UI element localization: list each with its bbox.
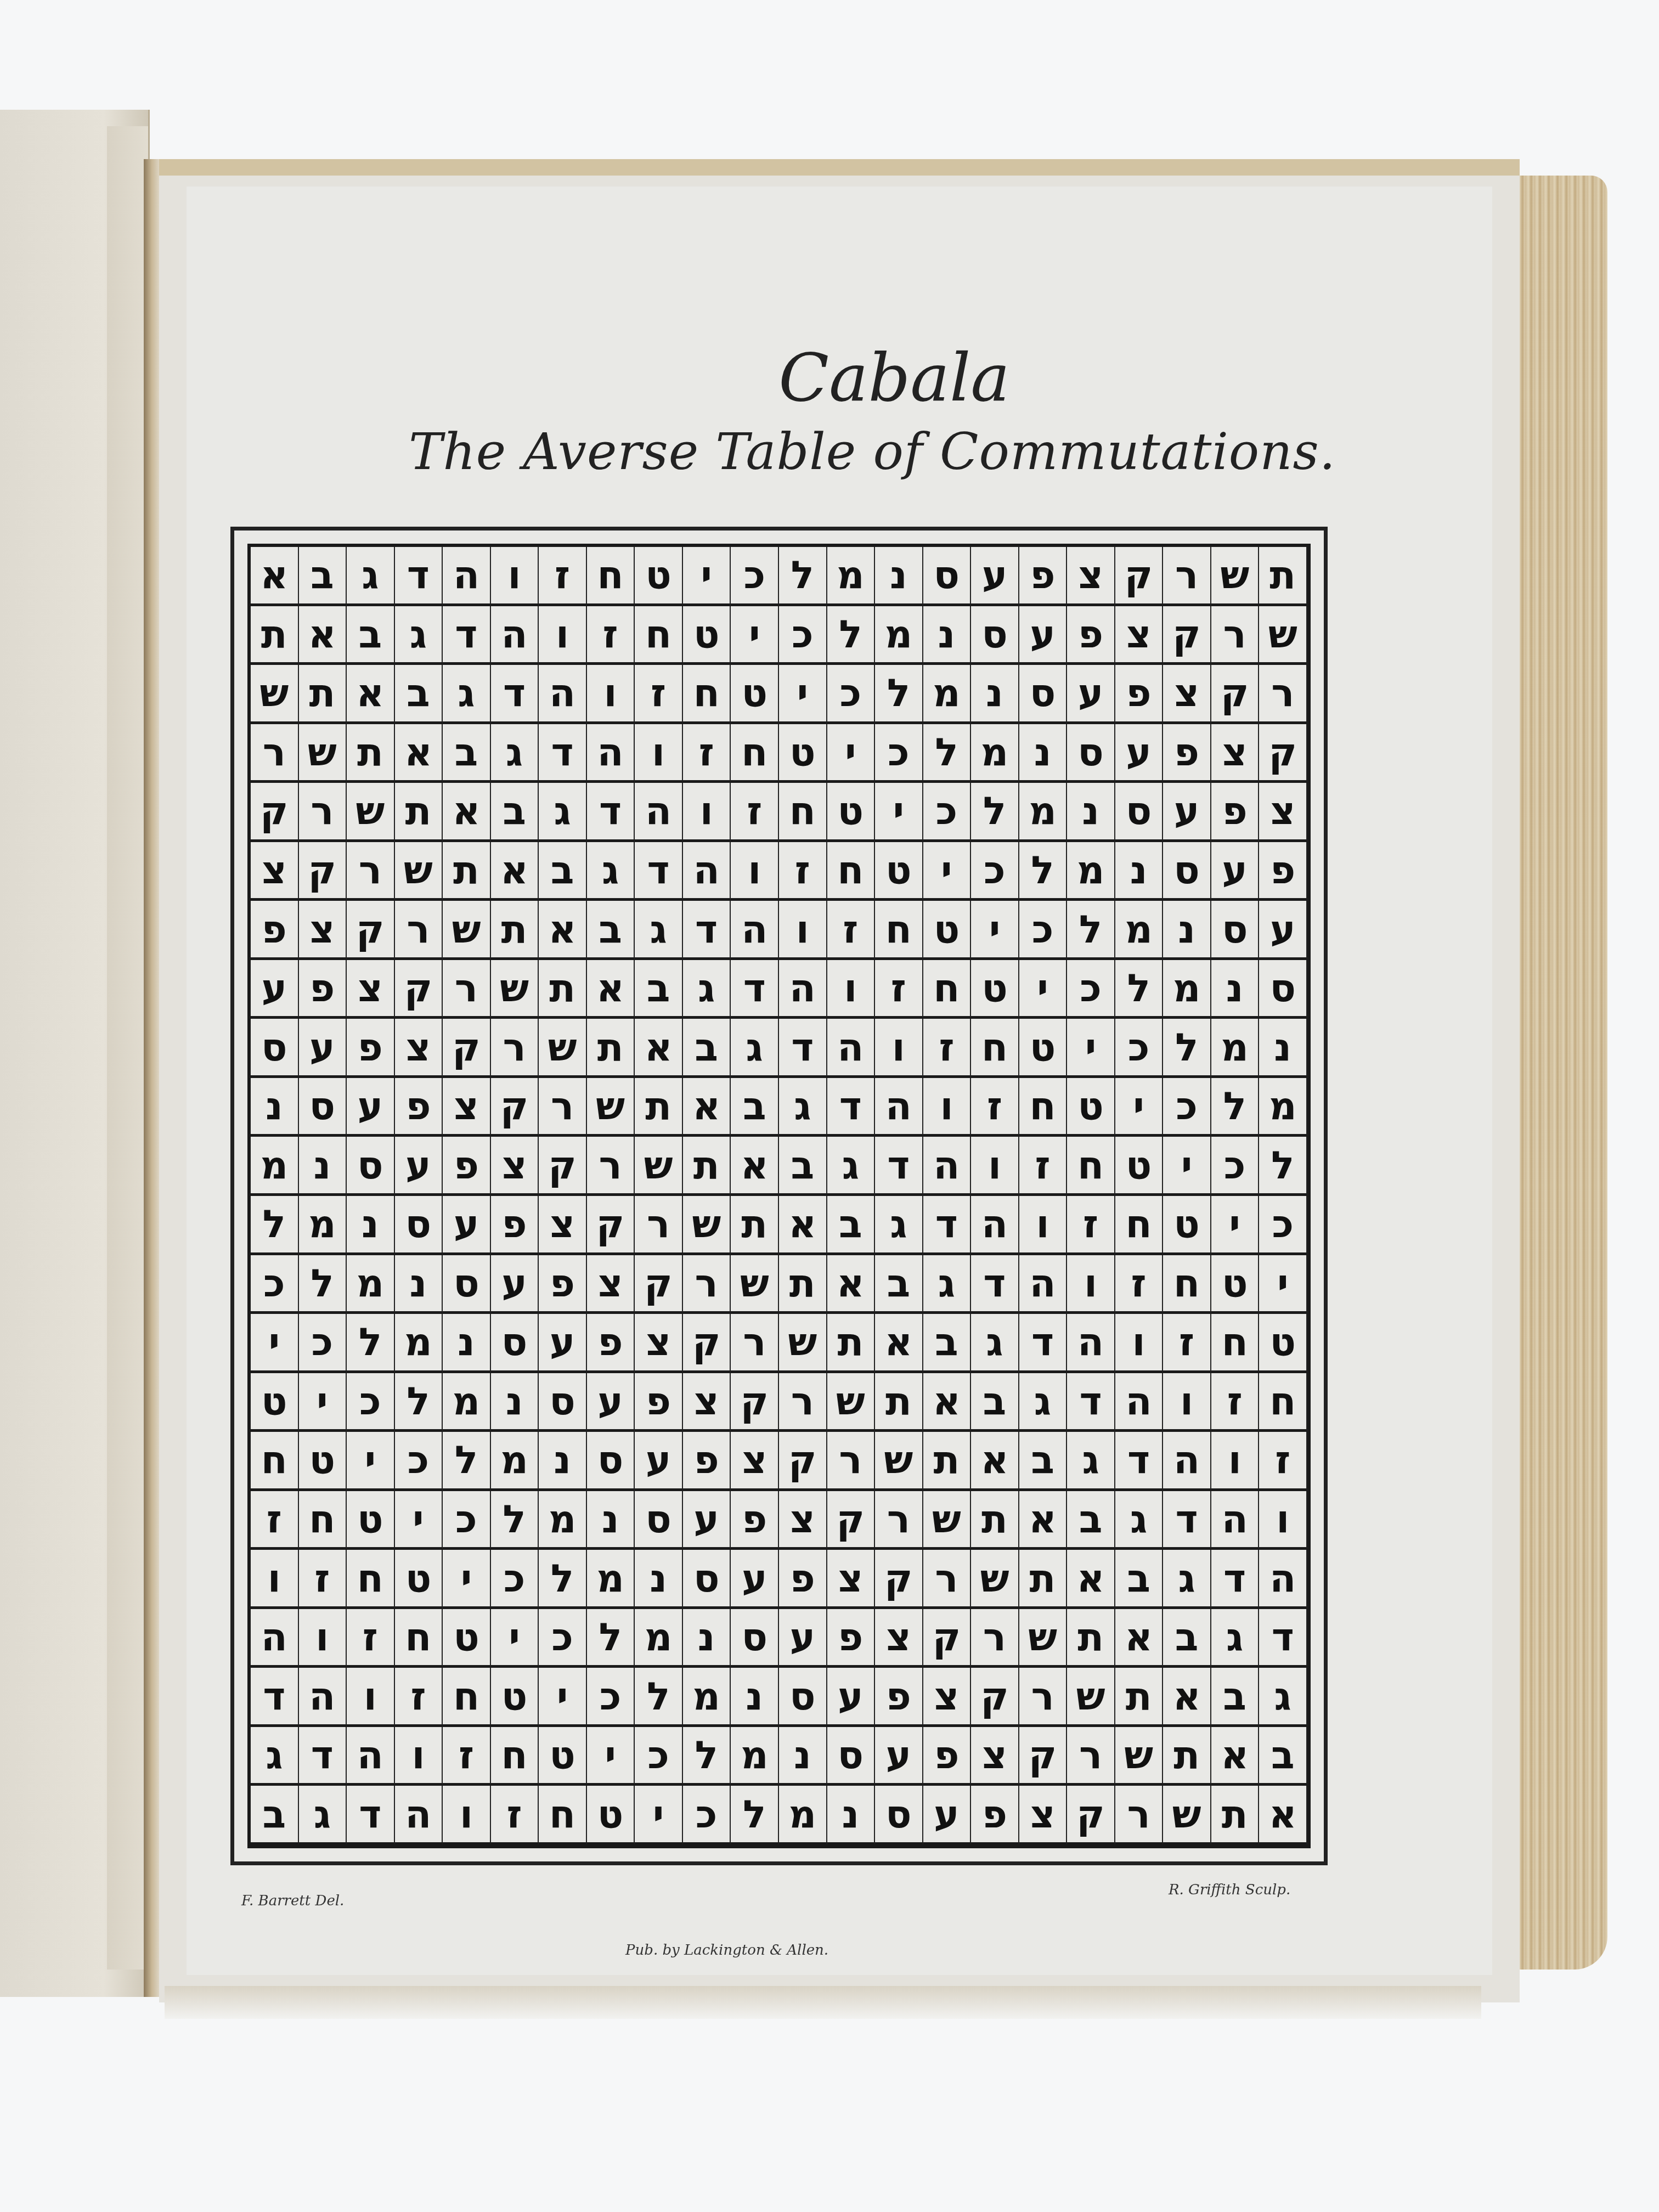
table-cell: ר	[923, 1550, 972, 1609]
table-cell: ט	[971, 960, 1019, 1019]
table-cell: ש	[1211, 547, 1260, 606]
table-cell: כ	[1067, 960, 1115, 1019]
table-cell: ס	[395, 1196, 443, 1255]
table-cell: ז	[1115, 1255, 1164, 1314]
table-cell: ש	[1259, 606, 1307, 665]
table-cell: ג	[443, 665, 491, 724]
table-cell: צ	[395, 1019, 443, 1078]
table-cell: א	[299, 606, 347, 665]
table-cell: ג	[1259, 1668, 1307, 1727]
table-cell: מ	[395, 1314, 443, 1373]
table-cell: ז	[971, 1078, 1019, 1137]
table-cell: י	[443, 1550, 491, 1609]
table-cell: ו	[1163, 1373, 1211, 1432]
table-cell: ז	[587, 606, 635, 665]
table-cell: נ	[491, 1373, 539, 1432]
table-cell: ג	[1067, 1432, 1115, 1491]
table-cell: פ	[395, 1078, 443, 1137]
table-cell: ק	[539, 1137, 587, 1196]
table-cell: נ	[635, 1550, 683, 1609]
table-cell: א	[1019, 1491, 1068, 1550]
table-cell: צ	[251, 842, 299, 901]
table-cell: ד	[971, 1255, 1019, 1314]
table-cell: א	[539, 901, 587, 960]
table-cell: ל	[923, 724, 972, 783]
table-cell: ע	[395, 1137, 443, 1196]
table-cell: ק	[395, 960, 443, 1019]
table-cell: פ	[587, 1314, 635, 1373]
table-cell: פ	[875, 1668, 923, 1727]
table-cell: נ	[299, 1137, 347, 1196]
table-cell: ו	[491, 547, 539, 606]
table-cell: י	[875, 783, 923, 842]
table-cell: א	[443, 783, 491, 842]
table-cell: פ	[1259, 842, 1307, 901]
table-cell: ח	[731, 724, 779, 783]
table-cell: ע	[491, 1255, 539, 1314]
table-cell: ו	[731, 842, 779, 901]
table-cell: ח	[1067, 1137, 1115, 1196]
table-cell: ל	[779, 547, 827, 606]
table-cell: כ	[491, 1550, 539, 1609]
table-cell: ל	[443, 1432, 491, 1491]
table-cell: ק	[875, 1550, 923, 1609]
table-cell: נ	[731, 1668, 779, 1727]
table-cell: ע	[1067, 665, 1115, 724]
table-cell: מ	[923, 665, 972, 724]
table-cell: מ	[875, 606, 923, 665]
table-cell: ה	[1067, 1314, 1115, 1373]
table-cell: ה	[251, 1609, 299, 1668]
table-cell: א	[491, 842, 539, 901]
table-cell: ש	[1115, 1727, 1164, 1786]
table-cell: מ	[491, 1432, 539, 1491]
table-cell: ש	[683, 1196, 731, 1255]
table-cell: צ	[1211, 724, 1260, 783]
table-cell: כ	[683, 1786, 731, 1845]
table-cell: צ	[587, 1255, 635, 1314]
table-cell: א	[1067, 1550, 1115, 1609]
table-cell: מ	[587, 1550, 635, 1609]
table-cell: ט	[875, 842, 923, 901]
table-cell: ב	[683, 1019, 731, 1078]
table-cell: ח	[971, 1019, 1019, 1078]
table-cell: ע	[635, 1432, 683, 1491]
table-cell: ב	[251, 1786, 299, 1845]
table-cell: ת	[1115, 1668, 1164, 1727]
table-cell: ב	[779, 1137, 827, 1196]
table-cell: ה	[491, 606, 539, 665]
table-cell: פ	[1163, 724, 1211, 783]
table-cell: מ	[683, 1668, 731, 1727]
table-cell: ז	[683, 724, 731, 783]
table-cell: ר	[299, 783, 347, 842]
table-cell: ס	[587, 1432, 635, 1491]
table-cell: מ	[1211, 1019, 1260, 1078]
table-cell: ר	[827, 1432, 876, 1491]
table-cell: ת	[443, 842, 491, 901]
table-cell: ז	[923, 1019, 972, 1078]
table-cell: ק	[251, 783, 299, 842]
table-cell: ה	[539, 665, 587, 724]
table-cell: פ	[923, 1727, 972, 1786]
table-cell: ג	[779, 1078, 827, 1137]
table-cell: ס	[1211, 901, 1260, 960]
table-cell: צ	[1115, 606, 1164, 665]
table-cell: א	[1211, 1727, 1260, 1786]
table-cell: ד	[251, 1668, 299, 1727]
table-cell: ה	[1115, 1373, 1164, 1432]
table-cell: ג	[587, 842, 635, 901]
table-cell: ב	[827, 1196, 876, 1255]
table-cell: ש	[251, 665, 299, 724]
table-cell: ק	[779, 1432, 827, 1491]
table-cell: ס	[1067, 724, 1115, 783]
table-cell: נ	[1067, 783, 1115, 842]
table-cell: ש	[587, 1078, 635, 1137]
table-cell: ק	[923, 1609, 972, 1668]
table-cell: נ	[395, 1255, 443, 1314]
table-cell: ש	[443, 901, 491, 960]
table-cell: ש	[299, 724, 347, 783]
table-cell: י	[1115, 1078, 1164, 1137]
table-cell: ג	[875, 1196, 923, 1255]
table-cell: י	[491, 1609, 539, 1668]
table-cell: א	[635, 1019, 683, 1078]
table-cell: נ	[443, 1314, 491, 1373]
table-cell: כ	[539, 1609, 587, 1668]
table-cell: ט	[251, 1373, 299, 1432]
table-cell: ט	[539, 1727, 587, 1786]
table-cell: א	[875, 1314, 923, 1373]
table-cell: כ	[1115, 1019, 1164, 1078]
table-cell: ה	[443, 547, 491, 606]
table-cell: ד	[1211, 1550, 1260, 1609]
table-cell: ב	[971, 1373, 1019, 1432]
table-cell: ג	[539, 783, 587, 842]
table-cell: פ	[1067, 606, 1115, 665]
table-cell: מ	[299, 1196, 347, 1255]
table-cell: ה	[971, 1196, 1019, 1255]
table-cell: א	[347, 665, 395, 724]
table-cell: ל	[1259, 1137, 1307, 1196]
table-cell: י	[1259, 1255, 1307, 1314]
table-cell: ל	[1163, 1019, 1211, 1078]
table-cell: ט	[1067, 1078, 1115, 1137]
table-cell: ז	[731, 783, 779, 842]
table-cell: ש	[1067, 1668, 1115, 1727]
table-cell: ו	[683, 783, 731, 842]
table-cell: ו	[1115, 1314, 1164, 1373]
table-cell: ש	[779, 1314, 827, 1373]
table-cell: ר	[875, 1491, 923, 1550]
table-cell: נ	[827, 1786, 876, 1845]
table-cell: נ	[683, 1609, 731, 1668]
table-cell: ב	[731, 1078, 779, 1137]
table-cell: פ	[251, 901, 299, 960]
table-cell: ז	[827, 901, 876, 960]
table-cell: ג	[635, 901, 683, 960]
table-cell: ל	[635, 1668, 683, 1727]
table-cell: ט	[1259, 1314, 1307, 1373]
table-cell: ה	[923, 1137, 972, 1196]
table-cell: ת	[299, 665, 347, 724]
table-cell: ת	[395, 783, 443, 842]
table-cell: ח	[1115, 1196, 1164, 1255]
table-cell: כ	[299, 1314, 347, 1373]
table-cell: א	[1259, 1786, 1307, 1845]
table-cell: ה	[1259, 1550, 1307, 1609]
table-cell: ד	[683, 901, 731, 960]
table-cell: צ	[1259, 783, 1307, 842]
table-cell: ר	[347, 842, 395, 901]
table-cell: ס	[443, 1255, 491, 1314]
table-cell: ו	[971, 1137, 1019, 1196]
table-cell: ת	[779, 1255, 827, 1314]
table-cell: ט	[395, 1550, 443, 1609]
table-cell: ת	[347, 724, 395, 783]
table-cell: י	[971, 901, 1019, 960]
table-cell: ר	[683, 1255, 731, 1314]
table-cell: ט	[299, 1432, 347, 1491]
table-cell: כ	[251, 1255, 299, 1314]
table-cell: ת	[827, 1314, 876, 1373]
table-cell: י	[299, 1373, 347, 1432]
table-cell: ש	[539, 1019, 587, 1078]
table-cell: י	[683, 547, 731, 606]
table-cell: ע	[1259, 901, 1307, 960]
table-cell: ט	[587, 1786, 635, 1845]
table-cell: ק	[731, 1373, 779, 1432]
table-cell: י	[779, 665, 827, 724]
table-cell: ט	[923, 901, 972, 960]
table-cell: ר	[731, 1314, 779, 1373]
table-cell: ב	[443, 724, 491, 783]
table-cell: ר	[1163, 547, 1211, 606]
table-cell: ב	[923, 1314, 972, 1373]
table-cell: ג	[1211, 1609, 1260, 1668]
table-cell: נ	[539, 1432, 587, 1491]
table-cell: ז	[779, 842, 827, 901]
table-cell: ל	[1067, 901, 1115, 960]
table-cell: ת	[587, 1019, 635, 1078]
table-cell: צ	[683, 1373, 731, 1432]
table-cell: ל	[539, 1550, 587, 1609]
table-cell: ד	[731, 960, 779, 1019]
table-cell: א	[251, 547, 299, 606]
table-cell: ר	[443, 960, 491, 1019]
table-cell: ר	[635, 1196, 683, 1255]
table-cell: ש	[827, 1373, 876, 1432]
table-cell: ק	[1115, 547, 1164, 606]
table-cell: י	[731, 606, 779, 665]
table-cell: ג	[491, 724, 539, 783]
table-cell: ש	[491, 960, 539, 1019]
table-cell: ג	[731, 1019, 779, 1078]
table-cell: פ	[347, 1019, 395, 1078]
table-cell: ו	[587, 665, 635, 724]
table-cell: ט	[731, 665, 779, 724]
table-cell: ד	[587, 783, 635, 842]
table-cell: ד	[1019, 1314, 1068, 1373]
table-cell: ב	[1067, 1491, 1115, 1550]
table-cell: צ	[347, 960, 395, 1019]
table-cell: י	[395, 1491, 443, 1550]
credit-engraver: R. Griffith Sculp.	[1169, 1882, 1290, 1898]
table-cell: ע	[923, 1786, 972, 1845]
table-cell: ש	[1163, 1786, 1211, 1845]
table-cell: ג	[347, 547, 395, 606]
table-cell: ה	[299, 1668, 347, 1727]
table-cell: ה	[827, 1019, 876, 1078]
table-cell: ו	[779, 901, 827, 960]
table-cell: ר	[1067, 1727, 1115, 1786]
table-cell: ד	[827, 1078, 876, 1137]
table-cell: צ	[635, 1314, 683, 1373]
table-cell: ו	[251, 1550, 299, 1609]
table-cell: ג	[827, 1137, 876, 1196]
table-cell: ט	[827, 783, 876, 842]
table-cell: צ	[731, 1432, 779, 1491]
table-cell: ד	[923, 1196, 972, 1255]
table-cell: ב	[491, 783, 539, 842]
table-cell: ו	[923, 1078, 972, 1137]
table-cell: ו	[443, 1786, 491, 1845]
table-cell: ת	[971, 1491, 1019, 1550]
table-cell: י	[251, 1314, 299, 1373]
table-cell: ג	[923, 1255, 972, 1314]
table-cell: ד	[539, 724, 587, 783]
commutation-table: אבגדהוזחטיכלמנסעפצקרשתתאבגדהוזחטיכלמנסעפ…	[247, 544, 1311, 1848]
table-cell: ד	[1067, 1373, 1115, 1432]
table-cell: א	[1115, 1609, 1164, 1668]
table-cell: צ	[299, 901, 347, 960]
table-cell: מ	[1115, 901, 1164, 960]
table-outer-frame: אבגדהוזחטיכלמנסעפצקרשתתאבגדהוזחטיכלמנסעפ…	[230, 527, 1328, 1865]
table-cell: ש	[1019, 1609, 1068, 1668]
table-cell: כ	[923, 783, 972, 842]
table-cell: מ	[827, 547, 876, 606]
table-cell: ו	[1211, 1432, 1260, 1491]
table-cell: נ	[1019, 724, 1068, 783]
table-cell: ד	[635, 842, 683, 901]
table-cell: כ	[1163, 1078, 1211, 1137]
table-cell: ר	[539, 1078, 587, 1137]
table-cell: ק	[635, 1255, 683, 1314]
table-cell: צ	[923, 1668, 972, 1727]
table-cell: ע	[971, 547, 1019, 606]
table-cell: ז	[635, 665, 683, 724]
table-cell: ס	[827, 1727, 876, 1786]
credit-publisher: Pub. by Lackington & Allen.	[625, 1942, 828, 1959]
table-cell: ל	[971, 783, 1019, 842]
table-cell: ג	[971, 1314, 1019, 1373]
table-cell: ח	[539, 1786, 587, 1845]
table-cell: ל	[491, 1491, 539, 1550]
table-cell: א	[587, 960, 635, 1019]
table-cell: י	[1163, 1137, 1211, 1196]
table-cell: ס	[635, 1491, 683, 1550]
table-cell: כ	[1211, 1137, 1260, 1196]
table-cell: ל	[251, 1196, 299, 1255]
table-cell: נ	[923, 606, 972, 665]
table-cell: פ	[779, 1550, 827, 1609]
table-cell: ו	[635, 724, 683, 783]
table-cell: כ	[347, 1373, 395, 1432]
table-cell: ס	[1115, 783, 1164, 842]
table-cell: ב	[1115, 1550, 1164, 1609]
table-cell: ת	[1067, 1609, 1115, 1668]
table-cell: ת	[1211, 1786, 1260, 1845]
table-cell: ח	[635, 606, 683, 665]
table-cell: נ	[779, 1727, 827, 1786]
table-cell: ת	[1163, 1727, 1211, 1786]
table-cell: ג	[299, 1786, 347, 1845]
table-cell: ח	[923, 960, 972, 1019]
table-cell: ח	[443, 1668, 491, 1727]
table-cell: ק	[491, 1078, 539, 1137]
table-cell: ק	[1211, 665, 1260, 724]
table-cell: ק	[443, 1019, 491, 1078]
table-cell: ה	[779, 960, 827, 1019]
table-cell: מ	[539, 1491, 587, 1550]
table-cell: ר	[587, 1137, 635, 1196]
table-cell: ה	[875, 1078, 923, 1137]
table-cell: ח	[1211, 1314, 1260, 1373]
table-cell: ל	[587, 1609, 635, 1668]
table-cell: ג	[1163, 1550, 1211, 1609]
table-cell: ס	[299, 1078, 347, 1137]
table-cell: ז	[491, 1786, 539, 1845]
table-cell: ה	[635, 783, 683, 842]
table-cell: כ	[1259, 1196, 1307, 1255]
table-cell: ז	[1019, 1137, 1068, 1196]
table-cell: ו	[347, 1668, 395, 1727]
table-cell: נ	[875, 547, 923, 606]
table-cell: ר	[491, 1019, 539, 1078]
table-cell: ה	[683, 842, 731, 901]
table-cell: צ	[1019, 1786, 1068, 1845]
table-cell: ת	[251, 606, 299, 665]
table-cell: ק	[347, 901, 395, 960]
table-cell: ת	[491, 901, 539, 960]
table-cell: ש	[875, 1432, 923, 1491]
table-cell: מ	[1019, 783, 1068, 842]
table-cell: צ	[779, 1491, 827, 1550]
table-cell: נ	[1163, 901, 1211, 960]
table-cell: ח	[827, 842, 876, 901]
table-cell: מ	[971, 724, 1019, 783]
table-cell: פ	[539, 1255, 587, 1314]
table-cell: ב	[875, 1255, 923, 1314]
table-cell: י	[1067, 1019, 1115, 1078]
table-cell: ע	[875, 1727, 923, 1786]
table-cell: ד	[395, 547, 443, 606]
table-cell: ה	[587, 724, 635, 783]
table-cell: א	[683, 1078, 731, 1137]
table-cell: ס	[1259, 960, 1307, 1019]
table-cell: ב	[539, 842, 587, 901]
table-cell: ב	[1211, 1668, 1260, 1727]
table-cell: ח	[683, 665, 731, 724]
table-cell: ו	[395, 1727, 443, 1786]
table-cell: ב	[587, 901, 635, 960]
table-cell: ע	[1211, 842, 1260, 901]
table-cell: ד	[1115, 1432, 1164, 1491]
table-cell: ל	[827, 606, 876, 665]
table-cell: ד	[491, 665, 539, 724]
table-cell: ע	[587, 1373, 635, 1432]
